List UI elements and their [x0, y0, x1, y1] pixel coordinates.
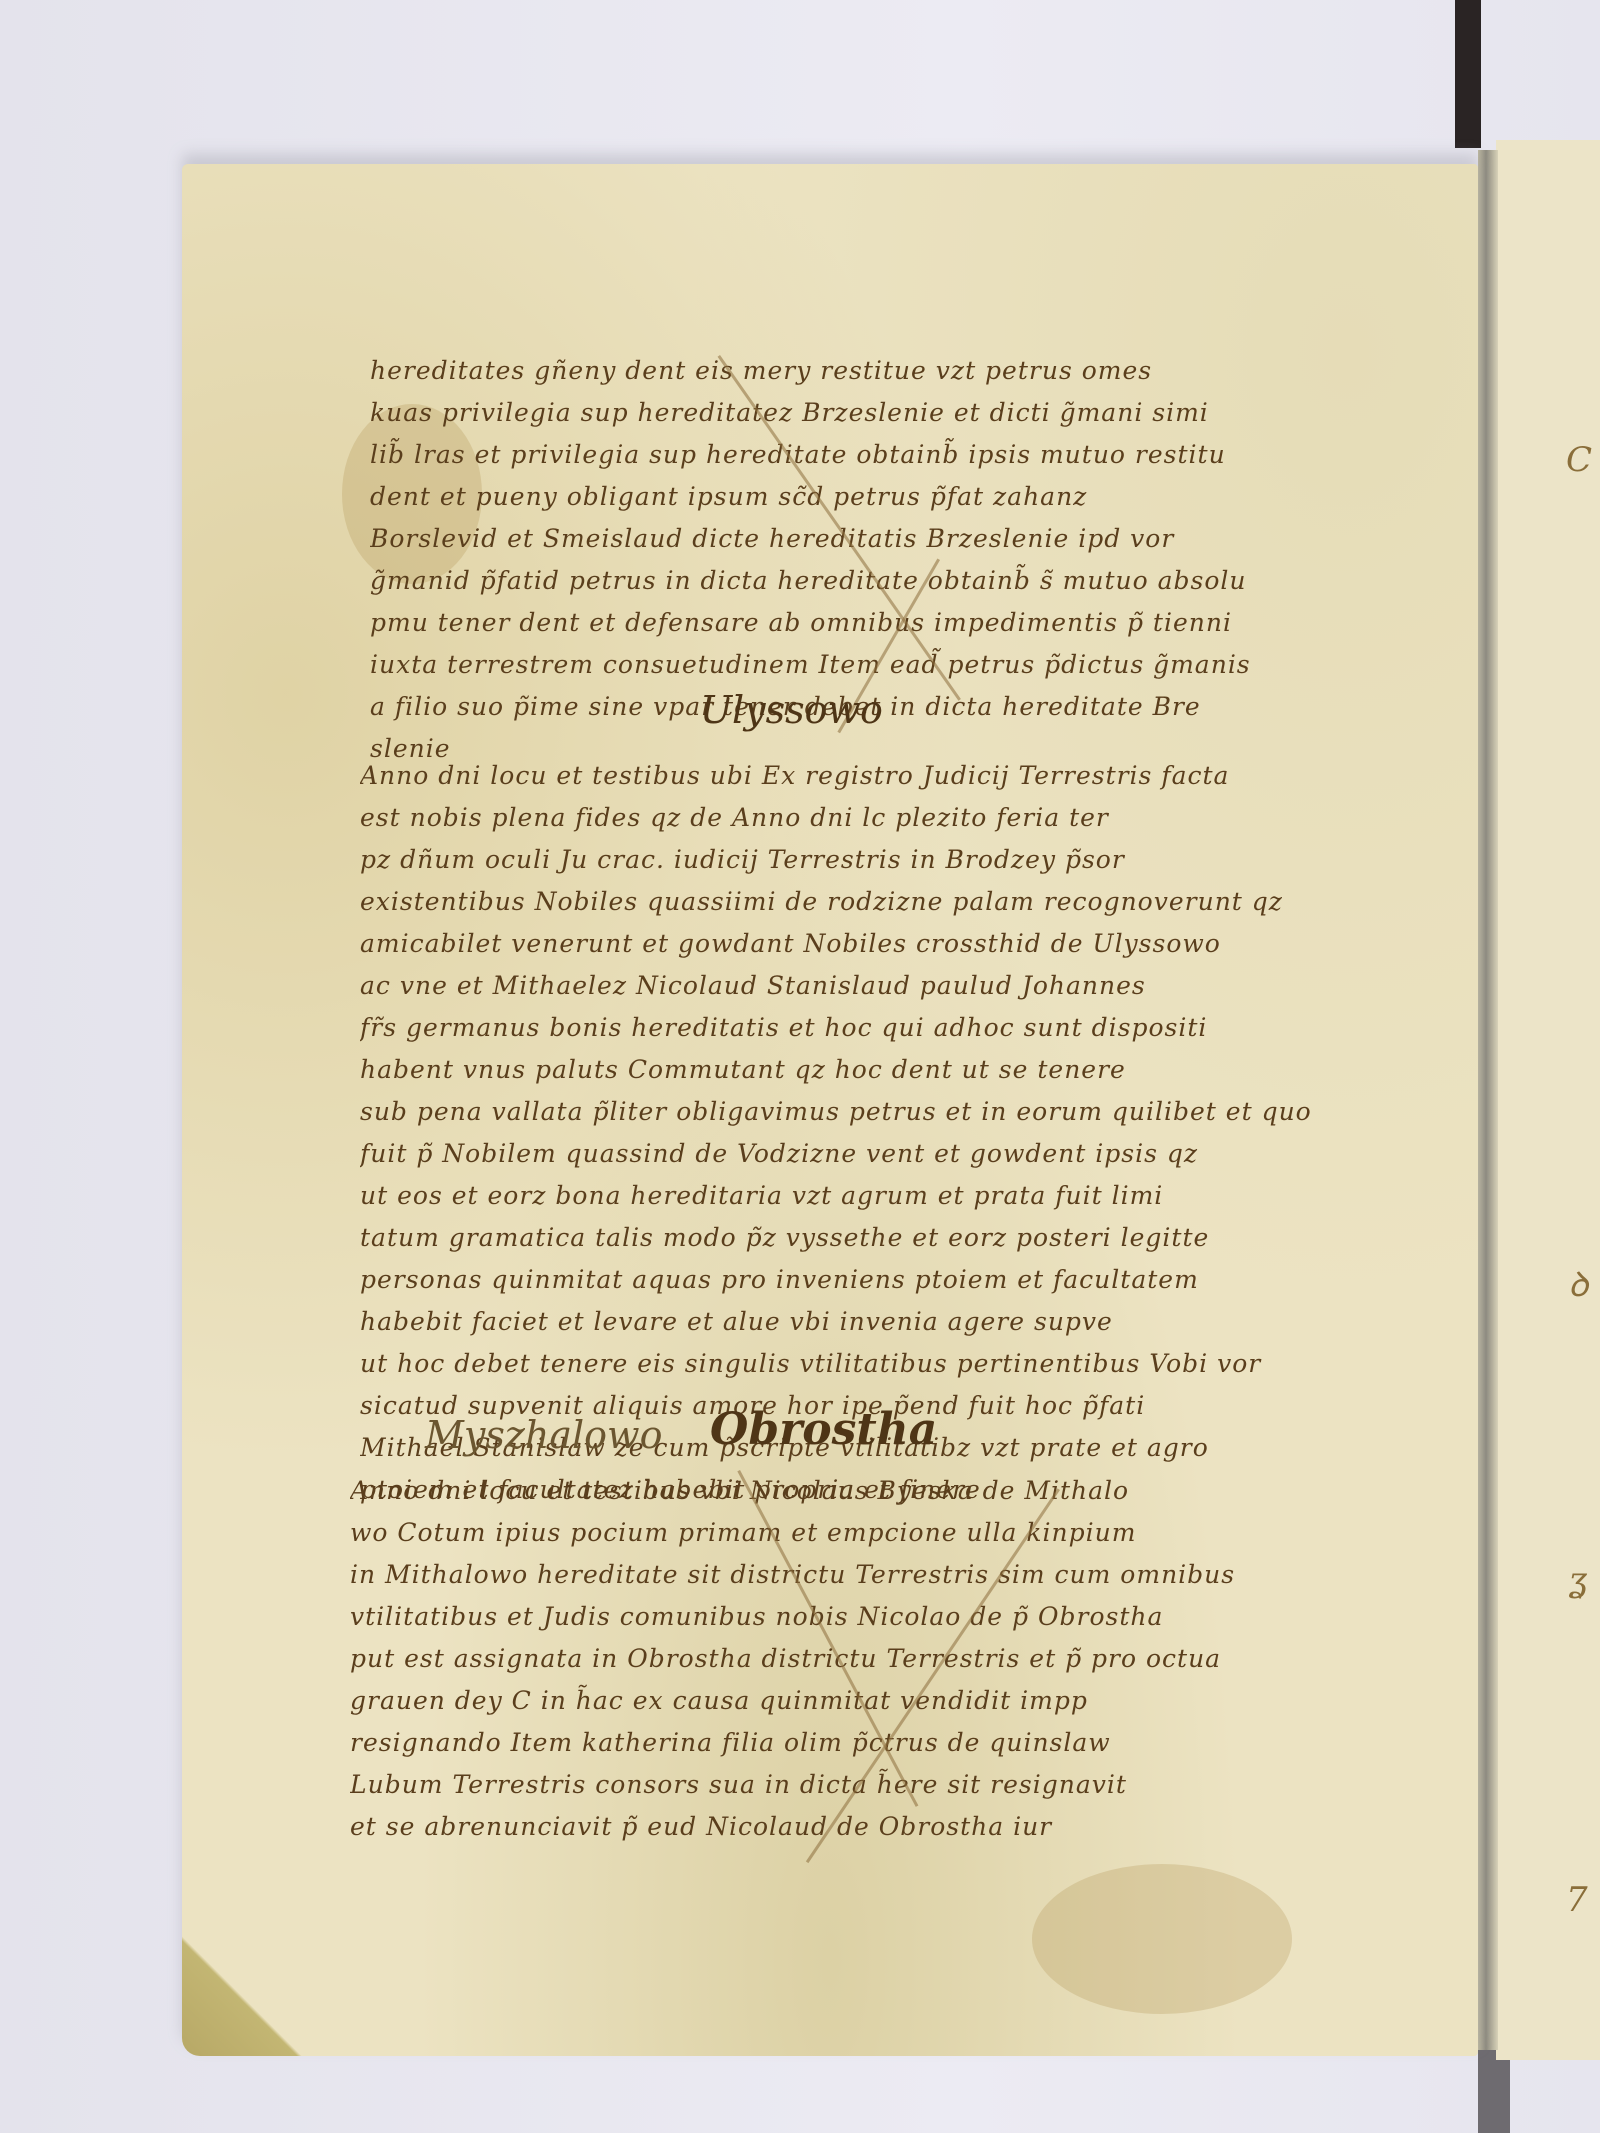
manuscript-line: ut eos et eorz bona hereditaria vzt agru… — [360, 1175, 1360, 1217]
manuscript-line: in Mithalowo hereditate sit districtu Te… — [350, 1554, 1360, 1596]
manuscript-line: Borslevid et Smeislaud dicte hereditatis… — [370, 518, 1350, 560]
manuscript-line: vtilitatibus et Judis comunibus nobis Ni… — [350, 1596, 1360, 1638]
manuscript-line: hereditates gñeny dent eis mery restitue… — [370, 350, 1350, 392]
book-gutter — [1478, 150, 1498, 2050]
facing-page-ink-mark: ʓ — [1568, 1560, 1587, 1600]
manuscript-line: wo Cotum ipius pocium primam et empcione… — [350, 1512, 1360, 1554]
manuscript-line: et se abrenunciavit p̃ eud Nicolaud de O… — [350, 1806, 1360, 1848]
manuscript-line: habebit faciet et levare et alue vbi inv… — [360, 1301, 1360, 1343]
manuscript-line: dent et pueny obligant ipsum sc̃d petrus… — [370, 476, 1350, 518]
manuscript-line: fuit p̃ Nobilem quassind de Vodzizne ven… — [360, 1133, 1360, 1175]
manuscript-line: fr̃s germanus bonis hereditatis et hoc q… — [360, 1007, 1360, 1049]
facing-page-ink-mark: C — [1566, 440, 1592, 480]
manuscript-line: existentibus Nobiles quassiimi de rodziz… — [360, 881, 1360, 923]
facing-page-ink-mark: ꝺ — [1568, 1260, 1588, 1306]
manuscript-line: lib̃ lras et privilegia sup hereditate o… — [370, 434, 1350, 476]
manuscript-line: pz dñum oculi Ju crac. iudicij Terrestri… — [360, 839, 1360, 881]
manuscript-line: put est assignata in Obrostha districtu … — [350, 1638, 1360, 1680]
manuscript-line: Lubum Terrestris consors sua in dicta h̃… — [350, 1764, 1360, 1806]
facing-page-edge: C ꝺ ʓ 7 — [1496, 140, 1600, 2060]
manuscript-line: resignando Item katherina filia olim p̃c… — [350, 1722, 1360, 1764]
binding-clip-top — [1455, 0, 1481, 148]
manuscript-line: sub pena vallata p̃liter obligavimus pet… — [360, 1091, 1360, 1133]
manuscript-line: habent vnus paluts Commutant qz hoc dent… — [360, 1049, 1360, 1091]
manuscript-line: Anno dni locu et testibus vbi Nicolaus B… — [350, 1470, 1360, 1512]
marginal-place-name: Myszhalowo — [425, 1405, 662, 1465]
manuscript-line: amicabilet venerunt et gowdant Nobiles c… — [360, 923, 1360, 965]
parchment-stain — [1032, 1864, 1292, 2014]
folded-corner — [182, 1936, 302, 2056]
section-heading: Obrostha — [710, 1400, 937, 1460]
manuscript-line: ac vne et Mithaelez Nicolaud Stanislaud … — [360, 965, 1360, 1007]
manuscript-line: est nobis plena fides qz de Anno dni lc … — [360, 797, 1360, 839]
manuscript-line: tatum gramatica talis modo p̃z vyssethe … — [360, 1217, 1360, 1259]
manuscript-line: Anno dni locu et testibus ubi Ex registr… — [360, 755, 1360, 797]
manuscript-line: g̃manid p̃fatid petrus in dicta heredita… — [370, 560, 1350, 602]
section-heading: Ulyssowo — [700, 680, 883, 740]
manuscript-line: personas quinmitat aquas pro inveniens p… — [360, 1259, 1360, 1301]
facing-page-ink-mark: 7 — [1566, 1880, 1588, 1920]
manuscript-line: pmu tener dent et defensare ab omnibus i… — [370, 602, 1350, 644]
manuscript-line: kuas privilegia sup hereditatez Brzeslen… — [370, 392, 1350, 434]
entry-2-text: Anno dni locu et testibus ubi Ex registr… — [360, 755, 1360, 1511]
manuscript-line: ut hoc debet tenere eis singulis vtilita… — [360, 1343, 1360, 1385]
